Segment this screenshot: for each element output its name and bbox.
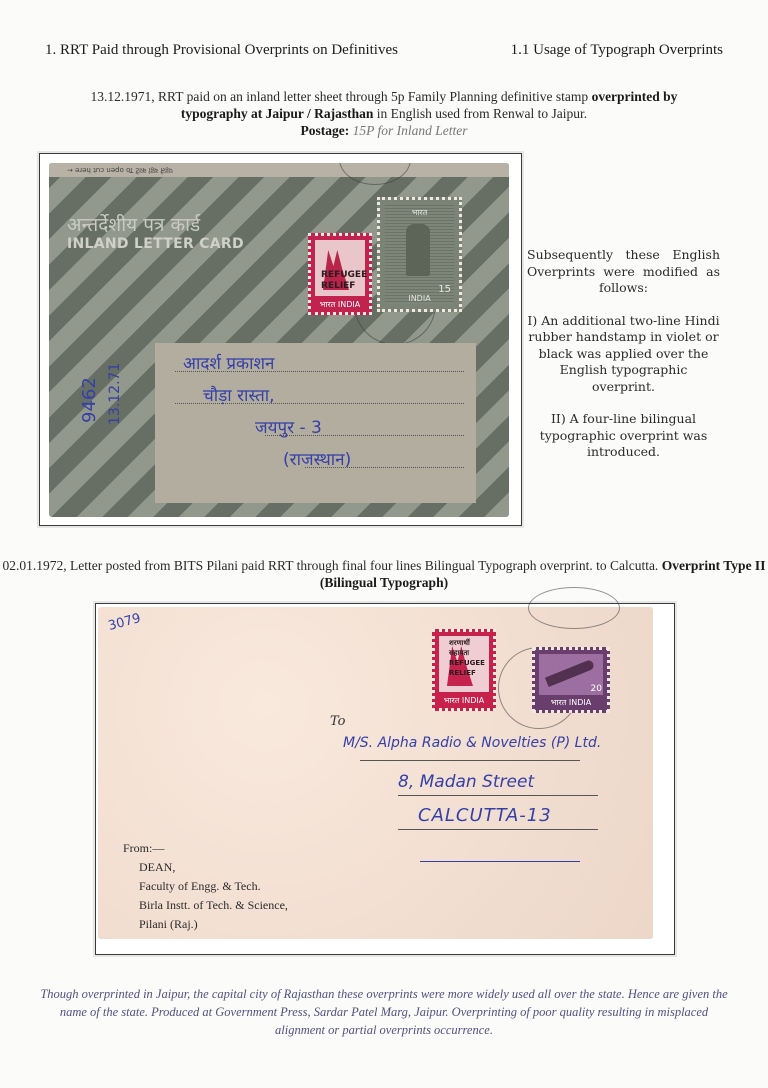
caption-bold: typography at Jaipur / Rajasthan <box>181 106 374 121</box>
stamp-denomination: 20 <box>591 684 602 694</box>
stamp-country: भारत INDIA <box>435 695 493 706</box>
side-note-intro: Subsequently these English Overprints we… <box>527 247 720 297</box>
stamp-ashoka: भारत 15 INDIA <box>377 197 462 312</box>
item2-caption: 02.01.1972, Letter posted from BITS Pila… <box>0 557 768 591</box>
stamp-country: भारत INDIA <box>535 697 607 708</box>
card-title-hindi: अन्तर्देशीय पत्र कार्ड <box>67 211 200 237</box>
address-line: जयपुर - 3 <box>255 415 322 438</box>
cut-strip: पहले यहां काटें To open cut here ← <box>49 163 509 177</box>
section-title: 1. RRT Paid through Provisional Overprin… <box>45 42 398 59</box>
postage-label: Postage: <box>301 123 350 138</box>
stamp-overprint: शरणार्थी सहायता REFUGEE RELIEF <box>449 638 485 678</box>
overprint-line: RELIEF <box>449 668 485 678</box>
item1-caption: 13.12.1971, RRT paid on an inland letter… <box>0 88 768 139</box>
sender-line: Faculty of Engg. & Tech. <box>123 877 288 896</box>
address-line: M/S. Alpha Radio & Novelties (P) Ltd. <box>343 735 601 751</box>
from-label: From:— <box>123 839 288 858</box>
side-note: Subsequently these English Overprints we… <box>527 247 720 477</box>
address-line: 8, Madan Street <box>398 772 534 792</box>
sender-block: From:— DEAN, Faculty of Engg. & Tech. Bi… <box>123 839 288 934</box>
overprint-line: REFUGEE <box>449 658 485 668</box>
address-line: आदर्श प्रकाशन <box>183 351 275 374</box>
postmark <box>339 163 411 185</box>
side-note-point-2: II) A four-line bilingual typographic ov… <box>527 411 720 461</box>
footer-note: Though overprinted in Jaipur, the capita… <box>40 985 728 1039</box>
postmark <box>528 587 620 629</box>
caption-text: 02.01.1972, Letter posted from BITS Pila… <box>3 558 662 573</box>
stamp-overprint: REFUGEE RELIEF <box>321 270 367 292</box>
inland-letter-card: पहले यहां काटें To open cut here ← अन्तर… <box>49 163 509 517</box>
side-note-point-1: I) An additional two-line Hindi rubber h… <box>527 313 720 396</box>
stamp-family-planning-bilingual: शरणार्थी सहायता REFUGEE RELIEF भारत INDI… <box>432 629 496 711</box>
sender-line: Birla Instt. of Tech. & Science, <box>123 896 288 915</box>
stamp-country: INDIA <box>380 294 459 303</box>
subsection-title: 1.1 Usage of Typograph Overprints <box>511 42 723 59</box>
margin-note-date: 13.12.71 <box>107 363 123 425</box>
caption-text: in English used from Renwal to Jaipur. <box>373 106 587 121</box>
overprint-line: सहायता <box>449 648 485 658</box>
stamp-country: भारत INDIA <box>311 299 369 310</box>
corner-note: 3079 <box>107 611 143 634</box>
address-line: (राजस्थान) <box>283 447 351 470</box>
address-rule <box>360 760 580 761</box>
caption-bold: overprinted by <box>592 89 678 104</box>
lion-capital-icon <box>406 224 430 276</box>
stamp-aircraft: 20 भारत INDIA <box>532 647 610 713</box>
postage-value: 15P for Inland Letter <box>353 123 468 138</box>
stamp-family-planning: REFUGEE RELIEF भारत INDIA <box>308 233 372 315</box>
sender-line: DEAN, <box>123 858 288 877</box>
overprint-line: शरणार्थी <box>449 638 485 648</box>
address-line: CALCUTTA-13 <box>418 805 552 826</box>
address-line: चौड़ा रास्ता, <box>203 383 275 406</box>
card-title-english: INLAND LETTER CARD <box>67 236 244 252</box>
address-panel: आदर्श प्रकाशन चौड़ा रास्ता, जयपुर - 3 (र… <box>155 343 476 503</box>
sender-line: Pilani (Raj.) <box>123 915 288 934</box>
cut-instruction: पहले यहां काटें To open cut here ← <box>67 165 173 174</box>
margin-note: 9462 <box>79 377 100 423</box>
stamp-country-hindi: भारत <box>380 207 459 218</box>
overprint-line: RELIEF <box>321 281 367 292</box>
address-rule <box>398 795 598 796</box>
to-label: To <box>330 714 346 729</box>
envelope: 3079 शरणार्थी सहायता REFUGEE RELIEF भारत… <box>98 607 653 939</box>
overprint-line: REFUGEE <box>321 270 367 281</box>
caption-text: 13.12.1971, RRT paid on an inland letter… <box>91 89 592 104</box>
address-rule <box>420 861 580 862</box>
address-rule <box>398 829 598 830</box>
